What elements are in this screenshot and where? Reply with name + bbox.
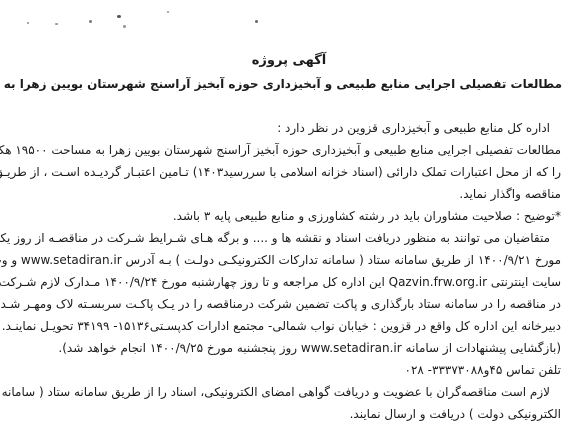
doc-line-website: سایت اینترنتی Qazvin.frw.org.ir این ادار… (12, 271, 561, 293)
doc-line-note: *توضیح : صلاحیت مشاوران باید در رشته کشا… (12, 205, 561, 227)
scan-speck (27, 22, 29, 24)
doc-line-esignature: لازم است مناقصه‌گران با عضویت و دریافت گ… (12, 381, 561, 403)
doc-line-address: دبیرخانه این اداره کل واقع در قزوین : خی… (12, 315, 561, 337)
doc-line-project: مطالعات تفصیلی اجرایی منابع طبیعی و آبخی… (12, 139, 561, 161)
scan-speck (55, 23, 58, 25)
scan-speck (89, 20, 92, 23)
announcement-body: اداره کل منابع طبیعی و آبخیزداری قزوین د… (12, 117, 561, 425)
scan-speck (123, 25, 126, 28)
doc-line-envelope: در مناقصه را در سامانه ستاد بارگذاری و پ… (12, 293, 561, 315)
project-subtitle: مطالعات تفصیلی اجرایی منابع طبیعی و آبخی… (12, 77, 562, 91)
document-page: آگهی پروژه مطالعات تفصیلی اجرایی منابع ط… (0, 0, 578, 441)
doc-line-applicants: متقاضیان می توانند به منظور دریافت اسناد… (12, 227, 561, 249)
scan-speck (255, 20, 258, 23)
scan-speck (117, 15, 121, 18)
doc-line-funding: را که از محل اعتبارات تملک دارائی (اسناد… (12, 161, 561, 183)
doc-line-esignature-2: الکترونیکی دولت ) دریافت و ارسال نمایند. (12, 403, 561, 425)
page-title: آگهی پروژه (0, 53, 578, 68)
doc-line-phone: تلفن تماس ۴۵و۳۳۳۷۳۰۸۸- ۰۲۸ (12, 359, 561, 381)
scan-speck (167, 11, 169, 13)
doc-line-setad-date: مورخ ۱۴۰۰/۹/۲۱ از طریق سامانه ستاد ( سام… (12, 249, 561, 271)
doc-line-intro: اداره کل منابع طبیعی و آبخیزداری قزوین د… (12, 117, 561, 139)
doc-line-tender: مناقصه واگذار نماید. (12, 183, 561, 205)
doc-line-opening: (بازگشایی پیشنهادات از سامانه www.setadi… (12, 337, 561, 359)
